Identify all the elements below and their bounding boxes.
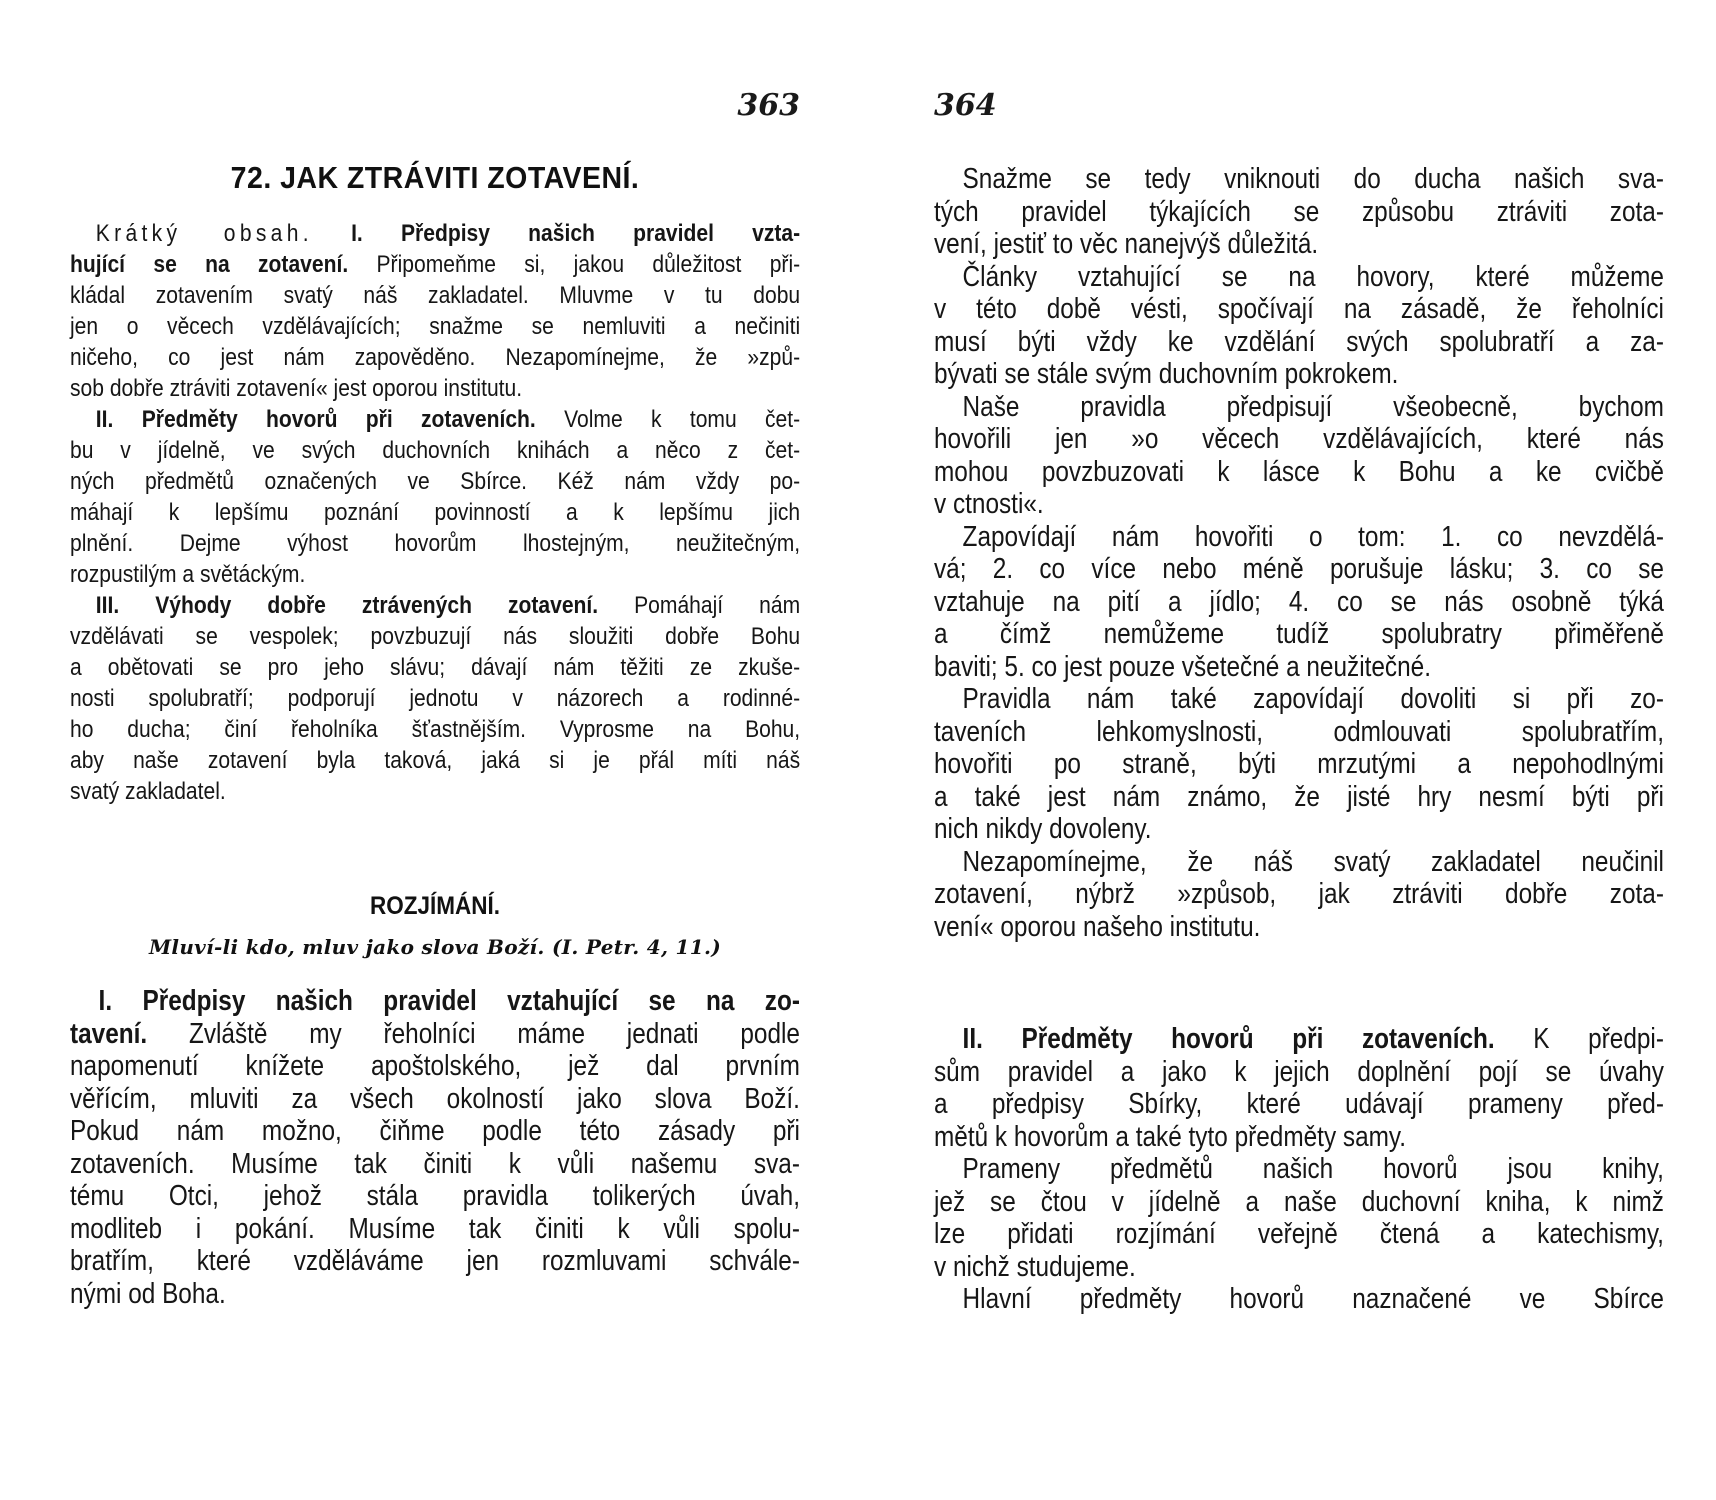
body-line: nými od Boha. xyxy=(70,1278,800,1311)
body-line: Články vztahující se na hovory, které mů… xyxy=(934,261,1664,294)
body-line: bývati se stále svým duchovním pokrokem. xyxy=(934,358,1664,391)
chapter-title: 72. JAK ZTRÁVITI ZOTAVENÍ. xyxy=(99,160,771,196)
body-line: věřícím, mluviti za všech okolností jako… xyxy=(70,1083,800,1116)
body-line: napomenutí knížete apoštolského, jež dal… xyxy=(70,1050,800,1083)
body-line: hovořiti po straně, býti mrzutými a nepo… xyxy=(934,748,1664,781)
summary-line: III. Výhody dobře ztrávených zotavení. P… xyxy=(70,590,800,621)
summary-line: ho ducha; činí řeholníka šťastnějším. Vy… xyxy=(70,714,800,745)
body-line: Snažme se tedy vniknouti do ducha našich… xyxy=(934,163,1664,196)
body-line: tému Otci, jehož stála pravidla tolikerý… xyxy=(70,1180,800,1213)
summary-line: vzdělávati se vespolek; povzbuzují nás s… xyxy=(70,621,800,652)
summary-line: aby naše zotavení byla taková, jaká si j… xyxy=(70,745,800,776)
section-heading: ROZJÍMÁNÍ. xyxy=(107,892,764,921)
body-line: a předpisy Sbírky, které udávají prameny… xyxy=(934,1088,1664,1121)
summary-line: II. Předměty hovorů při zotaveních. Volm… xyxy=(70,404,800,435)
body-line: II. Předměty hovorů při zotaveních. K př… xyxy=(934,1023,1664,1056)
body-line: vení, jestiť to věc nanejvýš důležitá. xyxy=(934,228,1664,261)
body-line: Zapovídají nám hovořiti o tom: 1. co nev… xyxy=(934,521,1664,554)
body-line: Prameny předmětů našich hovorů jsou knih… xyxy=(934,1153,1664,1186)
summary-line: rozpustilým a světáckým. xyxy=(70,559,800,590)
right-body: Snažme se tedy vniknouti do ducha našich… xyxy=(934,163,1664,943)
body-line: mohou povzbuzovati k lásce k Bohu a ke c… xyxy=(934,456,1664,489)
body-line: Pokud nám možno, čiňme podle této zásady… xyxy=(70,1115,800,1148)
summary-line: nosti spolubratří; podporují jednotu v n… xyxy=(70,683,800,714)
summary-block: Krátký obsah. I. Předpisy našich pravide… xyxy=(70,218,800,807)
body-line: mětů k hovorům a také tyto předměty samy… xyxy=(934,1121,1664,1154)
summary-line: sob dobře ztráviti zotavení« jest oporou… xyxy=(70,373,800,404)
body-line: I. Předpisy našich pravidel vztahující s… xyxy=(70,985,800,1018)
body-line: tavení. Zvláště my řeholníci máme jednat… xyxy=(70,1018,800,1051)
motto-quote: Mluví-li kdo, mluv jako slova Boží. (I. … xyxy=(70,935,800,959)
summary-line: máhají k lepšímu poznání povinností a k … xyxy=(70,497,800,528)
page-number: 364 xyxy=(934,88,997,123)
body-line: Hlavní předměty hovorů naznačené ve Sbír… xyxy=(934,1283,1664,1316)
body-line: hovořili jen »o věcech vzdělávajících, k… xyxy=(934,423,1664,456)
body-line: Naše pravidla předpisují všeobecně, bych… xyxy=(934,391,1664,424)
summary-line: a obětovati se pro jeho slávu; dávají ná… xyxy=(70,652,800,683)
body-line: vá; 2. co více nebo méně porušuje lásku;… xyxy=(934,553,1664,586)
body-line: baviti; 5. co jest pouze všetečné a neuž… xyxy=(934,651,1664,684)
body-line: Nezapomínejme, že náš svatý zakladatel n… xyxy=(934,846,1664,879)
body-line: a čímž nemůžeme tudíž spolubratry přiměř… xyxy=(934,618,1664,651)
summary-line: plnění. Dejme výhost hovorům lhostejným,… xyxy=(70,528,800,559)
body-line: zotaveních. Musíme tak činiti k vůli naš… xyxy=(70,1148,800,1181)
body-line: lze přidati rozjímání veřejně čtená a ka… xyxy=(934,1218,1664,1251)
summary-line: kládal zotavením svatý náš zakladatel. M… xyxy=(70,280,800,311)
body-line: v této době vésti, spočívají na zásadě, … xyxy=(934,293,1664,326)
summary-line: hující se na zotavení. Připomeňme si, ja… xyxy=(70,249,800,280)
summary-line: bu v jídelně, ve svých duchovních knihác… xyxy=(70,435,800,466)
summary-label: Krátký obsah. xyxy=(96,220,313,247)
body-line: bratřím, které vzděláváme jen rozmluvami… xyxy=(70,1245,800,1278)
body-line: vení« oporou našeho institutu. xyxy=(934,911,1664,944)
body-line: v ctnosti«. xyxy=(934,488,1664,521)
body-line: tých pravidel týkajících se způsobu ztrá… xyxy=(934,196,1664,229)
summary-line: svatý zakladatel. xyxy=(70,776,800,807)
body-line: jež se čtou v jídelně a naše duchovní kn… xyxy=(934,1186,1664,1219)
body-line: nich nikdy dovoleny. xyxy=(934,813,1664,846)
left-body: I. Předpisy našich pravidel vztahující s… xyxy=(70,985,800,1310)
page-number: 363 xyxy=(737,88,800,123)
summary-line: Krátký obsah. I. Předpisy našich pravide… xyxy=(70,218,800,249)
body-line: Pravidla nám také zapovídají dovoliti si… xyxy=(934,683,1664,716)
body-line: sům pravidel a jako k jejich doplnění po… xyxy=(934,1056,1664,1089)
body-line: a také jest nám známo, že jisté hry nesm… xyxy=(934,781,1664,814)
body-line: musí býti vždy ke vzdělání svých spolubr… xyxy=(934,326,1664,359)
body-line: zotavení, nýbrž »způsob, jak ztráviti do… xyxy=(934,878,1664,911)
body-line: vztahuje na pití a jídlo; 4. co se nás o… xyxy=(934,586,1664,619)
body-line: taveních lehkomyslnosti, odmlouvati spol… xyxy=(934,716,1664,749)
right-body-section-2: II. Předměty hovorů při zotaveních. K př… xyxy=(934,1023,1664,1316)
body-line: modliteb i pokání. Musíme tak činiti k v… xyxy=(70,1213,800,1246)
summary-line: jen o věcech vzdělávajících; snažme se n… xyxy=(70,311,800,342)
summary-line: ničeho, co jest nám zapověděno. Nezapomí… xyxy=(70,342,800,373)
summary-line: ných předmětů označených ve Sbírce. Kéž … xyxy=(70,466,800,497)
body-line: v nichž studujeme. xyxy=(934,1251,1664,1284)
